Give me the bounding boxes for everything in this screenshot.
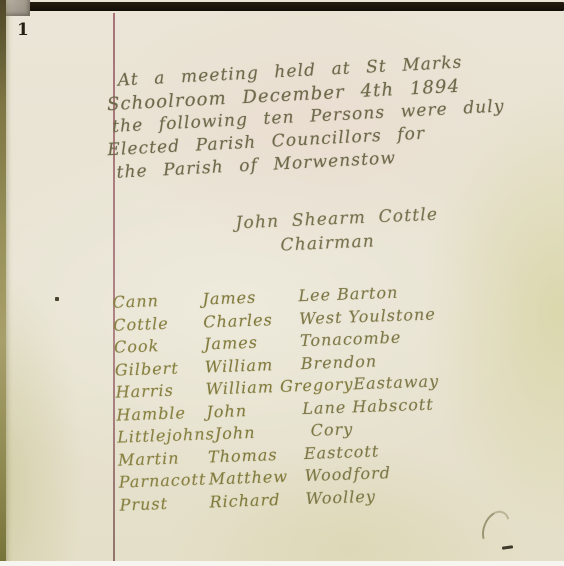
councillor-forename: Matthew (208, 465, 305, 491)
chairman-signature: John Shearm Cottle Chairman (235, 203, 440, 260)
councillor-residence: Eastcott (304, 440, 380, 465)
councillor-surname: Gilbert (115, 356, 206, 382)
councillor-surname: Parnacott (118, 468, 209, 494)
page-binding-edge (0, 0, 6, 566)
councillor-forename: John (214, 420, 311, 446)
councillor-residence: Brendon (300, 350, 377, 375)
councillor-forename: Thomas (208, 443, 305, 469)
councillor-roster: Cann James Lee Barton Cottle Charles Wes… (112, 280, 443, 516)
page-number: 1 (17, 20, 30, 40)
councillor-surname: Cann (112, 289, 203, 315)
councillor-residence: Lane Habscott (302, 393, 434, 420)
councillor-surname: Prust (119, 491, 210, 517)
councillor-residence: Woodford (304, 462, 391, 487)
councillor-surname: Cottle (113, 311, 204, 337)
margin-ink-dot (55, 297, 59, 301)
scan-top-edge (29, 2, 564, 11)
councillor-residence: Tonacombe (300, 327, 402, 353)
councillor-forename: Richard (209, 488, 306, 514)
councillor-surname: Harris (115, 379, 206, 405)
councillor-residence: Woolley (305, 485, 376, 510)
councillor-surname: Martin (118, 446, 209, 472)
register-page-scan: 1 At a meeting held at St Marks Schoolro… (0, 0, 564, 566)
councillor-surname: Cook (114, 334, 205, 360)
councillor-forename: James (202, 285, 299, 311)
ink-dash-mark (502, 545, 513, 550)
councillor-residence: Eastaway (353, 370, 439, 395)
scan-bottom-edge (0, 561, 564, 566)
councillor-forename: Charles (203, 308, 300, 334)
councillor-forename: John (206, 398, 303, 424)
councillor-residence: Cory (310, 418, 353, 442)
councillor-residence: West Youlstone (299, 303, 436, 330)
councillor-surname: Hamble (116, 401, 207, 427)
meeting-heading: At a meeting held at St Marks Schoolroom… (97, 49, 507, 185)
